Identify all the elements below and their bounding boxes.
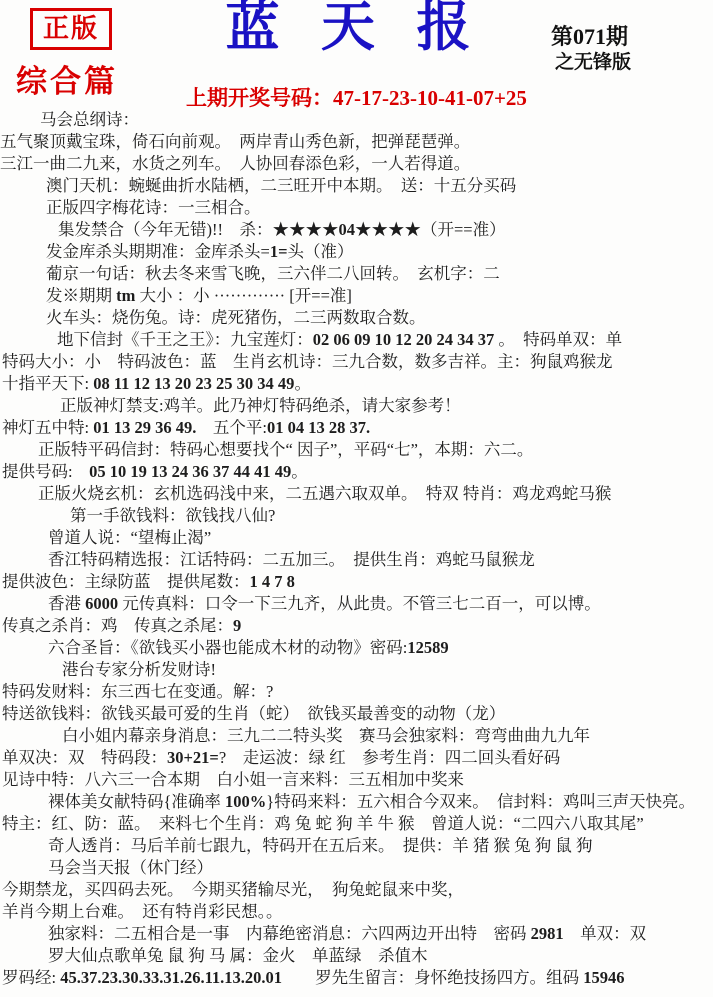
text-line: 罗大仙点歌单兔 鼠 狗 马 属：金火 单蓝绿 杀值木 <box>0 945 713 967</box>
text-line: 神灯五中特: 01 13 29 36 49. 五个平:01 04 13 28 3… <box>0 417 713 439</box>
text-line: 发金库杀头期期准：金库杀头=1=头（准） <box>0 241 713 263</box>
text-line: 传真之杀肖：鸡 传真之杀尾：9 <box>0 615 713 637</box>
text-line: 白小姐内幕亲身消息：三九二二特头奖 赛马会独家料：弯弯曲曲九九年 <box>0 725 713 747</box>
text-line: 单双决：双 特码段：30+21=? 走运波：绿 红 参考生肖：四二回头看好码 <box>0 747 713 769</box>
text-line: 曾道人说：“望梅止渴” <box>0 527 713 549</box>
text-line: 六合圣旨：《欲钱买小器也能成木材的动物》密码:12589 <box>0 637 713 659</box>
text-line: 香港 6000 元传真料：口令一下三九齐，从此贵。不管三七二百一，可以博。 <box>0 593 713 615</box>
text-line: 罗码经: 45.37.23.30.33.31.26.11.13.20.01 罗先… <box>0 967 713 989</box>
text-line: 三江一曲二九来，水货之列车。 人协回春添色彩，一人若得道。 <box>0 153 713 175</box>
text-line: 提供号码: 05 10 19 13 24 36 37 44 41 49。 <box>0 461 713 483</box>
section-title: 综合篇 <box>16 56 118 101</box>
text-line: 港台专家分析发财诗! <box>0 659 713 681</box>
text-line: 马会当天报（休门经） <box>0 857 713 879</box>
body-text: 马会总纲诗：五气聚顶戴宝珠，倚石向前观。 两岸青山秀色新，把弹琵琶弹。三江一曲二… <box>0 109 713 989</box>
text-line: 葡京一句话：秋去冬来雪飞晚，三六伴二八回转。 玄机字：二 <box>0 263 713 285</box>
text-line: 特送欲钱料：欲钱买最可爱的生肖（蛇） 欲钱买最善变的动物（龙） <box>0 703 713 725</box>
text-line: 正版神灯禁支:鸡羊。此乃神灯特码绝杀，请大家参考！ <box>0 395 713 417</box>
text-line: 十指平天下: 08 11 12 13 20 23 25 30 34 49。 <box>0 373 713 395</box>
text-line: 特主：红、防：蓝。 来料七个生肖：鸡 兔 蛇 狗 羊 牛 猴 曾道人说：“二四六… <box>0 813 713 835</box>
text-line: 裸体美女献特码{准确率 100%}特码来料：五六相合今双来。 信封料：鸡叫三声天… <box>0 791 713 813</box>
text-line: 羊肖今期上台难。 还有特肖彩民想。。 <box>0 901 713 923</box>
newspaper-page: 正版 蓝 天 报 第071期 之无锋版 综合篇 上期开奖号码：47-17-23-… <box>0 0 713 997</box>
text-line: 香江特码精选报：江话特码：二五加三。 提供生肖：鸡蛇马鼠猴龙 <box>0 549 713 571</box>
text-line: 集发禁合（今年无错)!! 杀：★★★★04★★★★（开==准） <box>0 219 713 241</box>
text-line: 第一手欲钱料：欲钱找八仙? <box>0 505 713 527</box>
text-line: 奇人透肖：马后羊前七跟九，特码开在五后来。 提供：羊 猪 猴 兔 狗 鼠 狗 <box>0 835 713 857</box>
text-line: 发※期期 tm 大小 ：小 ············· [开==准] <box>0 285 713 307</box>
text-line: 马会总纲诗： <box>0 109 713 131</box>
text-line: 见诗中特：八六三一合本期 白小姐一言来料：三五相加中奖来 <box>0 769 713 791</box>
text-line: 独家料：二五相合是一事 内幕绝密消息：六四两边开出特 密码 2981 单双：双 <box>0 923 713 945</box>
text-line: 澳门天机：蜿蜒曲折水陆栖，二三旺开中本期。 送：十五分买码 <box>0 175 713 197</box>
last-draw-numbers: 上期开奖号码：47-17-23-10-41-07+25 <box>186 82 527 112</box>
page-title: 蓝 天 报 <box>170 0 540 58</box>
text-line: 火车头：烧伤兔。诗：虎死猪伤，二三两数取合数。 <box>0 307 713 329</box>
authentic-stamp: 正版 <box>30 8 112 50</box>
edition-name: 之无锋版 <box>555 47 631 74</box>
text-line: 正版特平码信封：特码心想要找个“ 因子”，平码“七”，本期：六二。 <box>0 439 713 461</box>
text-line: 地下信封《千王之王》：九宝莲灯：02 06 09 10 12 20 24 34 … <box>0 329 713 351</box>
text-line: 特码发财料：东三西七在变通。解：? <box>0 681 713 703</box>
text-line: 正版四字梅花诗：一三相合。 <box>0 197 713 219</box>
text-line: 今期禁龙，买四码去死。 今期买猪输尽光， 狗兔蛇鼠来中奖， <box>0 879 713 901</box>
text-line: 提供波色：主绿防蓝 提供尾数：1 4 7 8 <box>0 571 713 593</box>
text-line: 特码大小：小 特码波色：蓝 生肖玄机诗：三九合数，数多吉祥。主：狗鼠鸡猴龙 <box>0 351 713 373</box>
text-line: 正版火烧玄机：玄机选码浅中来，二五遇六取双单。 特双 特肖：鸡龙鸡蛇马猴 <box>0 483 713 505</box>
text-line: 五气聚顶戴宝珠，倚石向前观。 两岸青山秀色新，把弹琵琶弹。 <box>0 131 713 153</box>
